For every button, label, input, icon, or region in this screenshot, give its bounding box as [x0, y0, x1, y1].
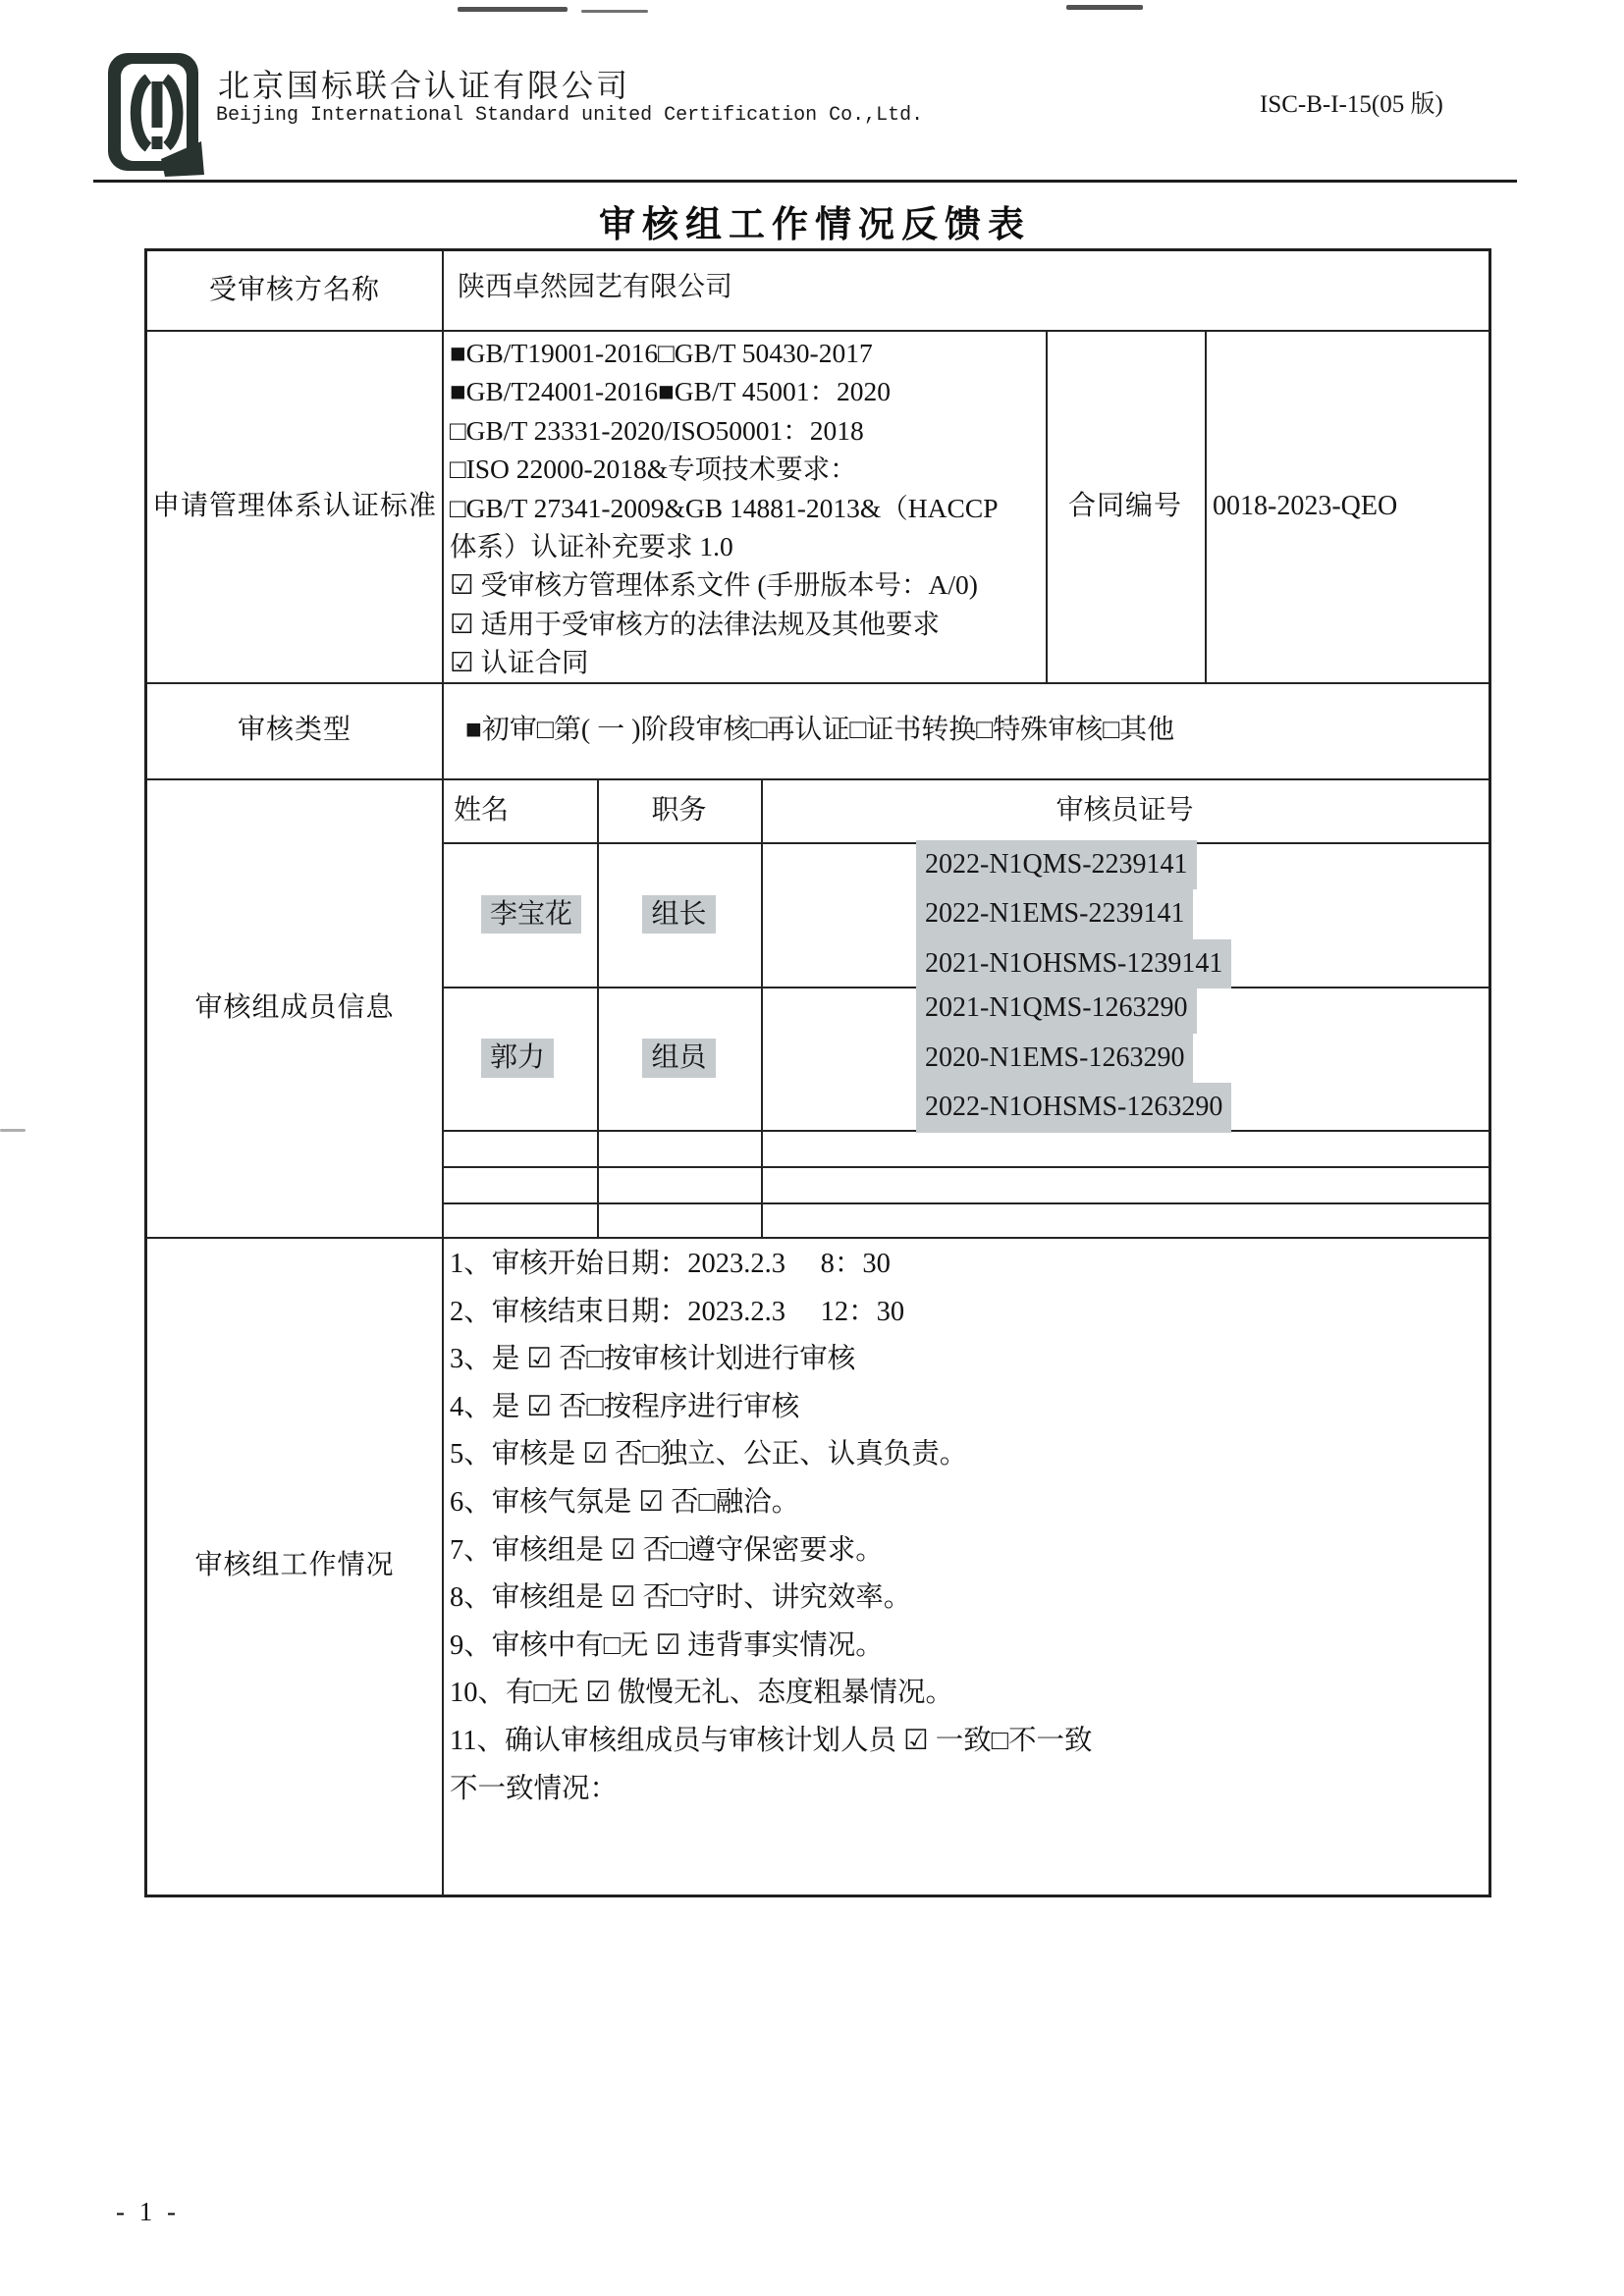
form-number: ISC-B-I-15(05 版)	[1260, 84, 1443, 120]
member-cert-numbers: 2021-N1QMS-1263290 2020-N1EMS-1263290 20…	[916, 987, 1489, 1130]
work-item: 11、确认审核组成员与审核计划人员 ☑ 一致□不一致	[450, 1718, 1490, 1766]
work-item: 4、是 ☑ 否□按程序进行审核	[450, 1384, 1490, 1432]
work-item: 不一致情况：	[450, 1766, 1490, 1814]
contract-number-label: 合同编号	[1046, 330, 1205, 682]
work-item: 7、审核组是 ☑ 否□遵守保密要求。	[450, 1527, 1490, 1575]
cert-number: 2022-N1OHSMS-1263290	[916, 1083, 1231, 1133]
cert-number: 2022-N1QMS-2239141	[916, 840, 1197, 890]
scan-artifact	[458, 7, 568, 12]
header-divider	[93, 180, 1517, 183]
isc-logo-icon	[106, 51, 204, 177]
work-item: 1、审核开始日期：2023.2.3 8：30	[450, 1241, 1490, 1289]
auditee-name-value: 陕西卓然园艺有限公司	[458, 251, 1479, 324]
page-number: - 1 -	[116, 2197, 180, 2227]
cert-number: 2021-N1OHSMS-1239141	[916, 939, 1231, 989]
work-item: 5、审核是 ☑ 否□独立、公正、认真负责。	[450, 1431, 1490, 1479]
member-name: 郭力	[481, 987, 597, 1130]
certification-standards-label: 申请管理体系认证标准	[147, 330, 442, 682]
column-header-auditor-cert: 审核员证号	[761, 778, 1489, 842]
company-name-en: Beijing International Standard united Ce…	[216, 104, 923, 127]
column-header-name: 姓名	[454, 778, 597, 842]
table-gridline	[761, 778, 763, 1237]
cert-number: 2022-N1EMS-2239141	[916, 889, 1193, 939]
work-item: 10、有□无 ☑ 傲慢无礼、态度粗暴情况。	[450, 1670, 1490, 1718]
page-title: 审核组工作情况反馈表	[144, 194, 1486, 247]
member-role: 组员	[597, 987, 761, 1130]
auditee-name-label: 受审核方名称	[147, 251, 442, 330]
column-header-role: 职务	[597, 778, 761, 842]
work-item: 9、审核中有□无 ☑ 违背事实情况。	[450, 1623, 1490, 1671]
work-situation-list: 1、审核开始日期：2023.2.3 8：30 2、审核结束日期：2023.2.3…	[450, 1241, 1490, 1813]
contract-number-value: 0018-2023-QEO	[1213, 330, 1489, 682]
member-role-text: 组长	[642, 895, 715, 934]
scan-artifact	[1066, 5, 1143, 10]
audit-team-work-label: 审核组工作情况	[147, 1237, 442, 1895]
member-role: 组长	[597, 842, 761, 987]
scan-artifact	[581, 10, 648, 13]
cert-number: 2021-N1QMS-1263290	[916, 984, 1197, 1034]
member-role-text: 组员	[642, 1039, 715, 1078]
work-item: 6、审核气氛是 ☑ 否□融洽。	[450, 1479, 1490, 1527]
scanned-document-page: 北京国标联合认证有限公司 Beijing International Stand…	[0, 0, 1624, 2296]
company-name-cn: 北京国标联合认证有限公司	[218, 61, 630, 106]
member-name-text: 李宝花	[481, 895, 581, 934]
work-item: 3、是 ☑ 否□按审核计划进行审核	[450, 1336, 1490, 1384]
table-gridline	[442, 251, 444, 1895]
member-name-text: 郭力	[481, 1039, 554, 1078]
work-item: 2、审核结束日期：2023.2.3 12：30	[450, 1289, 1490, 1337]
member-name: 李宝花	[481, 842, 597, 987]
audit-type-value: ■初审□第( 一 )阶段审核□再认证□证书转换□特殊审核□其他	[465, 682, 1489, 778]
cert-number: 2020-N1EMS-1263290	[916, 1034, 1193, 1084]
feedback-table: 受审核方名称 陕西卓然园艺有限公司 申请管理体系认证标准 ■GB/T19001-…	[144, 248, 1491, 1897]
work-item: 8、审核组是 ☑ 否□守时、讲究效率。	[450, 1575, 1490, 1623]
member-cert-numbers: 2022-N1QMS-2239141 2022-N1EMS-2239141 20…	[916, 842, 1489, 987]
audit-team-members-label: 审核组成员信息	[147, 778, 442, 1237]
audit-type-label: 审核类型	[147, 682, 442, 778]
table-gridline	[1205, 330, 1207, 682]
scan-artifact	[0, 1129, 26, 1132]
